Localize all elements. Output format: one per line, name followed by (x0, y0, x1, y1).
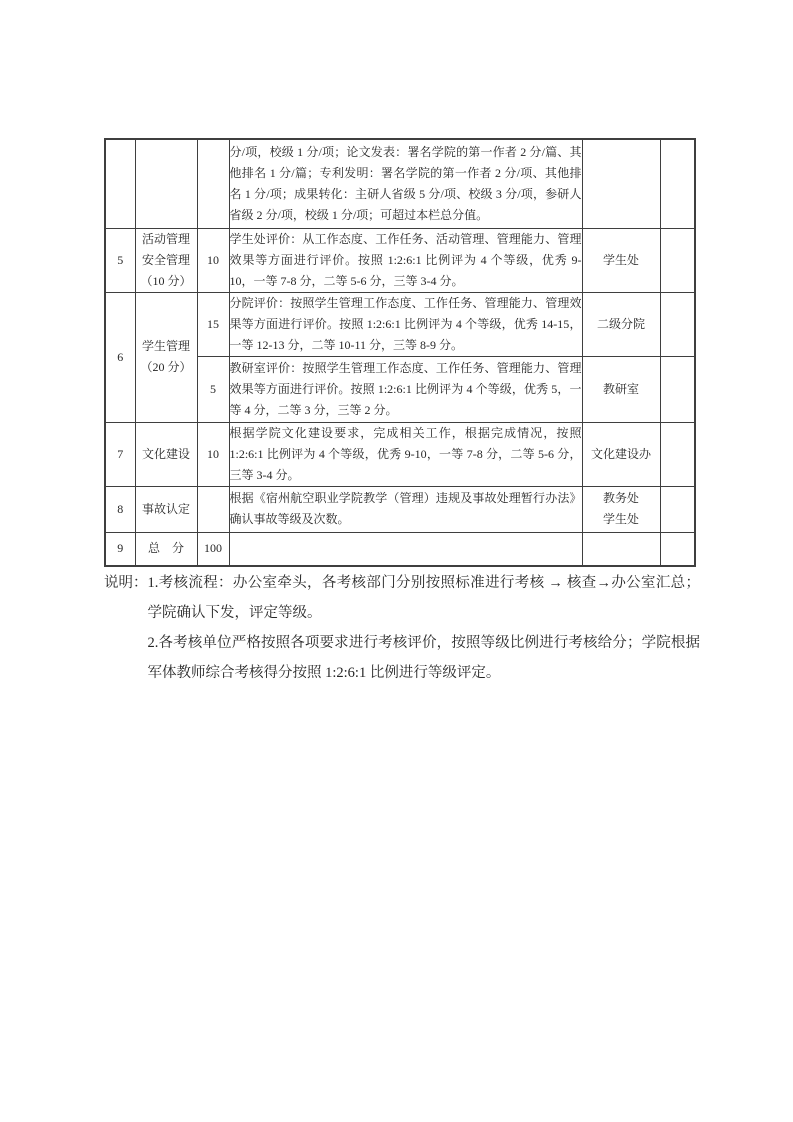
cell-score (197, 139, 229, 228)
cell-department: 文化建设办 (582, 422, 660, 486)
document-page: 分/项，校级 1 分/项；论文发表：署名学院的第一作者 2 分/篇、其他排名 1… (0, 0, 793, 1122)
cell-number: 9 (105, 532, 135, 566)
cell-description: 分/项，校级 1 分/项；论文发表：署名学院的第一作者 2 分/篇、其他排名 1… (229, 139, 582, 228)
cell-score: 10 (197, 228, 229, 292)
note-item-2: 2.各考核单位严格按照各项要求进行考核评价，按照等级比例进行考核给分；学院根据军… (148, 628, 701, 688)
notes-body: 1.考核流程：办公室牵头，各考核部门分别按照标准进行考核 → 核查→办公室汇总；… (148, 568, 701, 688)
cell-number: 7 (105, 422, 135, 486)
cell-description: 分院评价：按照学生管理工作态度、工作任务、管理能力、管理效果等方面进行评价。按照… (229, 292, 582, 356)
cell-number (105, 139, 135, 228)
note-item-1: 1.考核流程：办公室牵头，各考核部门分别按照标准进行考核 → 核查→办公室汇总；… (148, 568, 701, 628)
cell-department (582, 532, 660, 566)
cell-category: 学生管理 （20 分） (135, 292, 197, 422)
cell-score (197, 486, 229, 532)
cell-score: 100 (197, 532, 229, 566)
cell-grade (660, 486, 695, 532)
cell-grade (660, 228, 695, 292)
cell-department (582, 139, 660, 228)
cell-grade (660, 356, 695, 422)
cell-score: 10 (197, 422, 229, 486)
cell-grade (660, 422, 695, 486)
evaluation-table: 分/项，校级 1 分/项；论文发表：署名学院的第一作者 2 分/篇、其他排名 1… (104, 138, 696, 567)
cell-number: 6 (105, 292, 135, 422)
cell-score: 15 (197, 292, 229, 356)
cell-department: 学生处 (582, 228, 660, 292)
notes-label: 说明： (104, 568, 148, 688)
cell-grade (660, 292, 695, 356)
cell-category (135, 139, 197, 228)
cell-description: 教研室评价：按照学生管理工作态度、工作任务、管理能力、管理效果等方面进行评价。按… (229, 356, 582, 422)
notes-section: 说明： 1.考核流程：办公室牵头，各考核部门分别按照标准进行考核 → 核查→办公… (104, 568, 700, 688)
cell-description: 根据《宿州航空职业学院教学（管理）违规及事故处理暂行办法》确认事故等级及次数。 (229, 486, 582, 532)
table-row-8: 8 事故认定 根据《宿州航空职业学院教学（管理）违规及事故处理暂行办法》确认事故… (105, 486, 695, 532)
cell-grade (660, 532, 695, 566)
cell-department: 二级分院 (582, 292, 660, 356)
cell-score: 5 (197, 356, 229, 422)
cell-number: 8 (105, 486, 135, 532)
cell-category: 事故认定 (135, 486, 197, 532)
table-row-5: 5 活动管理 安全管理 （10 分） 10 学生处评价：从工作态度、工作任务、活… (105, 228, 695, 292)
cell-category: 总 分 (135, 532, 197, 566)
cell-department: 教务处 学生处 (582, 486, 660, 532)
cell-number: 5 (105, 228, 135, 292)
cell-grade (660, 139, 695, 228)
cell-category: 文化建设 (135, 422, 197, 486)
cell-description (229, 532, 582, 566)
table-row-7: 7 文化建设 10 根据学院文化建设要求，完成相关工作，根据完成情况，按照 1:… (105, 422, 695, 486)
table-row-continuation: 分/项，校级 1 分/项；论文发表：署名学院的第一作者 2 分/篇、其他排名 1… (105, 139, 695, 228)
cell-category: 活动管理 安全管理 （10 分） (135, 228, 197, 292)
cell-description: 根据学院文化建设要求，完成相关工作，根据完成情况，按照 1:2:6:1 比例评为… (229, 422, 582, 486)
cell-description: 学生处评价：从工作态度、工作任务、活动管理、管理能力、管理效果等方面进行评价。按… (229, 228, 582, 292)
cell-department: 教研室 (582, 356, 660, 422)
table-row-6a: 6 学生管理 （20 分） 15 分院评价：按照学生管理工作态度、工作任务、管理… (105, 292, 695, 356)
table-row-9: 9 总 分 100 (105, 532, 695, 566)
